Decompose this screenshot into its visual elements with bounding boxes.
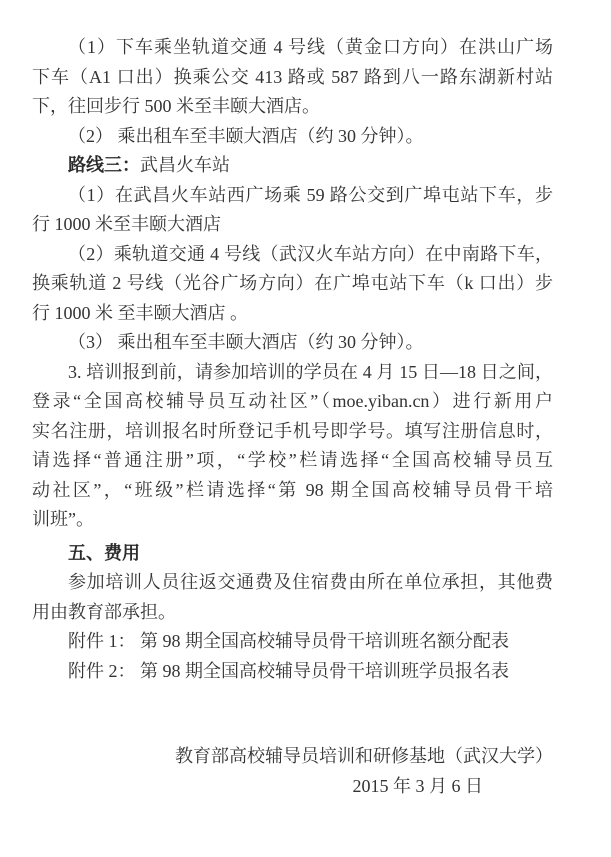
document-lines: （1）下车乘坐轨道交通 4 号线（黄金口方向）在洪山广场下车（A1 口出）换乘公… [32,33,553,686]
signature-date: 2015 年 3 月 6 日 [32,772,553,802]
text-segment: 登录“全国高校辅导员互动社区”（moe.yiban.cn）进行新用户 [32,391,553,411]
text-segment: 参加培训人员往返交通费及住宿费由所在单位承担，其他费 [68,572,553,592]
text-line: 行 1000 米至丰颐大酒店 [32,210,553,240]
text-segment: 五、费用 [68,543,140,563]
text-segment: （3） 乘出租车至丰颐大酒店（约 30 分钟）。 [68,332,424,352]
text-line: （1）在武昌火车站西广场乘 59 路公交到广埠屯站下车，步 [32,181,553,211]
text-line: 附件 2： 第 98 期全国高校辅导员骨干培训班学员报名表 [32,657,553,687]
text-line: 附件 1： 第 98 期全国高校辅导员骨干培训班名额分配表 [32,627,553,657]
document-page: （1）下车乘坐轨道交通 4 号线（黄金口方向）在洪山广场下车（A1 口出）换乘公… [0,0,611,857]
text-segment: （1）在武昌火车站西广场乘 59 路公交到广埠屯站下车，步 [68,185,553,205]
text-line: 登录“全国高校辅导员互动社区”（moe.yiban.cn）进行新用户 [32,387,553,417]
text-segment: 武昌火车站 [140,155,230,175]
text-line: 3. 培训报到前，请参加培训的学员在 4 月 15 日—18 日之间， [32,358,553,388]
text-segment: 用由教育部承担。 [32,602,176,622]
text-segment: 训班”。 [32,509,94,529]
text-segment: （2）乘轨道交通 4 号线（武汉火车站方向）在中南路下车， [68,244,553,264]
text-line: （1）下车乘坐轨道交通 4 号线（黄金口方向）在洪山广场 [32,33,553,63]
text-line: 用由教育部承担。 [32,598,553,628]
text-segment: 3. 培训报到前，请参加培训的学员在 4 月 15 日—18 日之间， [68,362,553,382]
text-line: 行 1000 米 至丰颐大酒店 。 [32,299,553,329]
text-line: （2） 乘出租车至丰颐大酒店（约 30 分钟）。 [32,122,553,152]
text-line: （2）乘轨道交通 4 号线（武汉火车站方向）在中南路下车， [32,240,553,270]
text-segment: 请选择“普通注册”项，“学校”栏请选择“全国高校辅导员互 [32,450,553,470]
text-segment: 下，往回步行 500 米至丰颐大酒店。 [32,96,320,116]
text-line: 参加培训人员往返交通费及住宿费由所在单位承担，其他费 [32,568,553,598]
text-segment: 下车（A1 口出）换乘公交 413 路或 587 路到八一路东湖新村站 [32,67,553,87]
text-segment: 行 1000 米 至丰颐大酒店 。 [32,303,248,323]
text-line: 路线三：武昌火车站 [32,151,553,181]
text-segment: 附件 2： 第 98 期全国高校辅导员骨干培训班学员报名表 [68,661,509,681]
text-line: 实名注册，培训报名时所登记手机号即学号。填写注册信息时， [32,417,553,447]
text-line: 请选择“普通注册”项，“学校”栏请选择“全国高校辅导员互 [32,446,553,476]
bold-text-segment: 路线三： [68,155,140,175]
text-line: 下车（A1 口出）换乘公交 413 路或 587 路到八一路东湖新村站 [32,63,553,93]
text-segment: 动社区”，“班级”栏请选择“第 98 期全国高校辅导员骨干培 [32,480,553,500]
text-line: （3） 乘出租车至丰颐大酒店（约 30 分钟）。 [32,328,553,358]
text-line: 训班”。 [32,505,553,535]
text-line: 动社区”，“班级”栏请选择“第 98 期全国高校辅导员骨干培 [32,476,553,506]
text-segment: 实名注册，培训报名时所登记手机号即学号。填写注册信息时， [32,421,553,441]
text-line: 换乘轨道 2 号线（光谷广场方向）在广埠屯站下车（k 口出）步 [32,269,553,299]
text-line: 下，往回步行 500 米至丰颐大酒店。 [32,92,553,122]
text-segment: 换乘轨道 2 号线（光谷广场方向）在广埠屯站下车（k 口出）步 [32,273,553,293]
text-segment: （1）下车乘坐轨道交通 4 号线（黄金口方向）在洪山广场 [68,37,553,57]
signature-organization: 教育部高校辅导员培训和研修基地（武汉大学） [32,742,553,772]
signature-block: 教育部高校辅导员培训和研修基地（武汉大学） 2015 年 3 月 6 日 [32,742,553,801]
text-segment: 附件 1： 第 98 期全国高校辅导员骨干培训班名额分配表 [68,631,509,651]
text-segment: 行 1000 米至丰颐大酒店 [32,214,221,234]
section-heading: 五、费用 [32,539,553,569]
text-segment: （2） 乘出租车至丰颐大酒店（约 30 分钟）。 [68,126,424,146]
